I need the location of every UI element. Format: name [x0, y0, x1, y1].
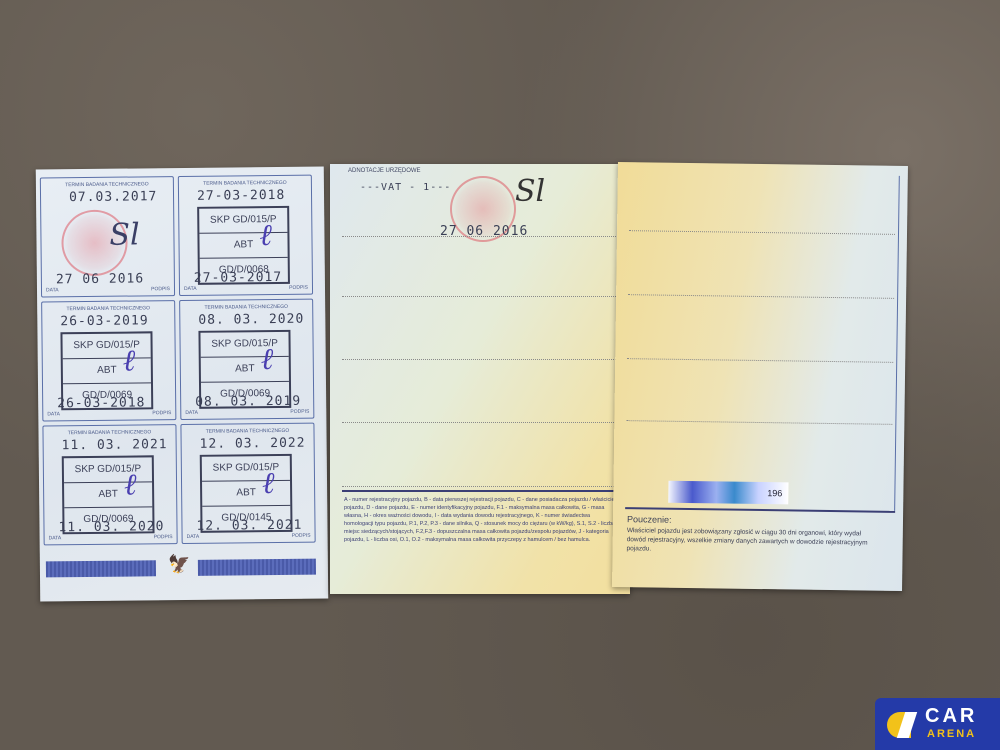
due-date: 08. 03. 2020: [198, 312, 304, 328]
stamp-date: 12. 03. 2021: [196, 518, 302, 534]
inspection-cell: TERMIN BADANIA TECHNICZNEGO11. 03. 2021S…: [42, 424, 177, 545]
eagle-emblem-icon: 🦅: [168, 554, 191, 575]
due-date: 07.03.2017: [69, 189, 157, 205]
due-date: 12. 03. 2022: [200, 436, 306, 452]
stamp-date: 27-03-2017: [194, 270, 282, 286]
signature: ℓ: [259, 218, 272, 253]
stamp-date: 08. 03. 2019: [195, 394, 301, 410]
signature: ℓ: [123, 343, 136, 378]
cell-header: TERMIN BADANIA TECHNICZNEGO: [43, 429, 175, 436]
official-annotations-page: ADNOTACJE URZĘDOWE ---VAT - 1--- Sl 27 0…: [330, 164, 630, 594]
signature: ℓ: [124, 467, 137, 502]
notice-title: Pouczenie:: [627, 514, 672, 525]
inspection-cell: TERMIN BADANIA TECHNICZNEGO07.03.2017Sl2…: [40, 176, 175, 297]
cell-header: TERMIN BADANIA TECHNICZNEGO: [181, 428, 313, 435]
car-arena-logo: CAR ARENA: [875, 698, 1000, 750]
cell-header: TERMIN BADANIA TECHNICZNEGO: [180, 304, 312, 311]
cell-header: TERMIN BADANIA TECHNICZNEGO: [42, 305, 174, 312]
stamp-date: 27 06 2016: [56, 271, 144, 287]
inspection-cell: TERMIN BADANIA TECHNICZNEGO12. 03. 2022S…: [180, 423, 315, 544]
inspection-page: TERMIN BADANIA TECHNICZNEGO07.03.2017Sl2…: [36, 167, 329, 602]
due-date: 26-03-2019: [60, 313, 148, 329]
vehicle-registration-document: TERMIN BADANIA TECHNICZNEGO07.03.2017Sl2…: [30, 160, 910, 600]
notice-text: Właściciel pojazdu jest zobowiązany zgło…: [627, 526, 877, 556]
inspection-cell: TERMIN BADANIA TECHNICZNEGO08. 03. 2020S…: [179, 299, 314, 420]
inspection-cell: TERMIN BADANIA TECHNICZNEGO27-03-2018SKP…: [178, 175, 313, 296]
cell-header: TERMIN BADANIA TECHNICZNEGO: [179, 180, 311, 187]
logo-text-arena: ARENA: [927, 728, 976, 740]
security-band: [198, 559, 316, 576]
logo-text-car: CAR: [925, 705, 977, 728]
signature: ℓ: [262, 466, 275, 501]
security-band: [46, 560, 156, 577]
field-legend: A - numer rejestracyjny pojazdu, B - dat…: [344, 496, 619, 544]
vat-annotation: ---VAT - 1---: [360, 182, 451, 193]
signature: Sl: [515, 174, 545, 209]
due-date: 11. 03. 2021: [62, 437, 168, 453]
signature: ℓ: [261, 342, 274, 377]
stamp-date: 26-03-2018: [57, 395, 145, 411]
stamp-date: 11. 03. 2020: [58, 519, 164, 535]
notice-page: 196 Pouczenie: Właściciel pojazdu jest z…: [612, 162, 908, 591]
cell-header: TERMIN BADANIA TECHNICZNEGO: [41, 181, 173, 188]
due-date: 27-03-2018: [197, 188, 285, 204]
annotations-header: ADNOTACJE URZĘDOWE: [348, 168, 421, 174]
hologram: 196: [668, 481, 788, 505]
signature: Sl: [109, 217, 140, 252]
inspection-cell: TERMIN BADANIA TECHNICZNEGO26-03-2019SKP…: [41, 300, 176, 421]
